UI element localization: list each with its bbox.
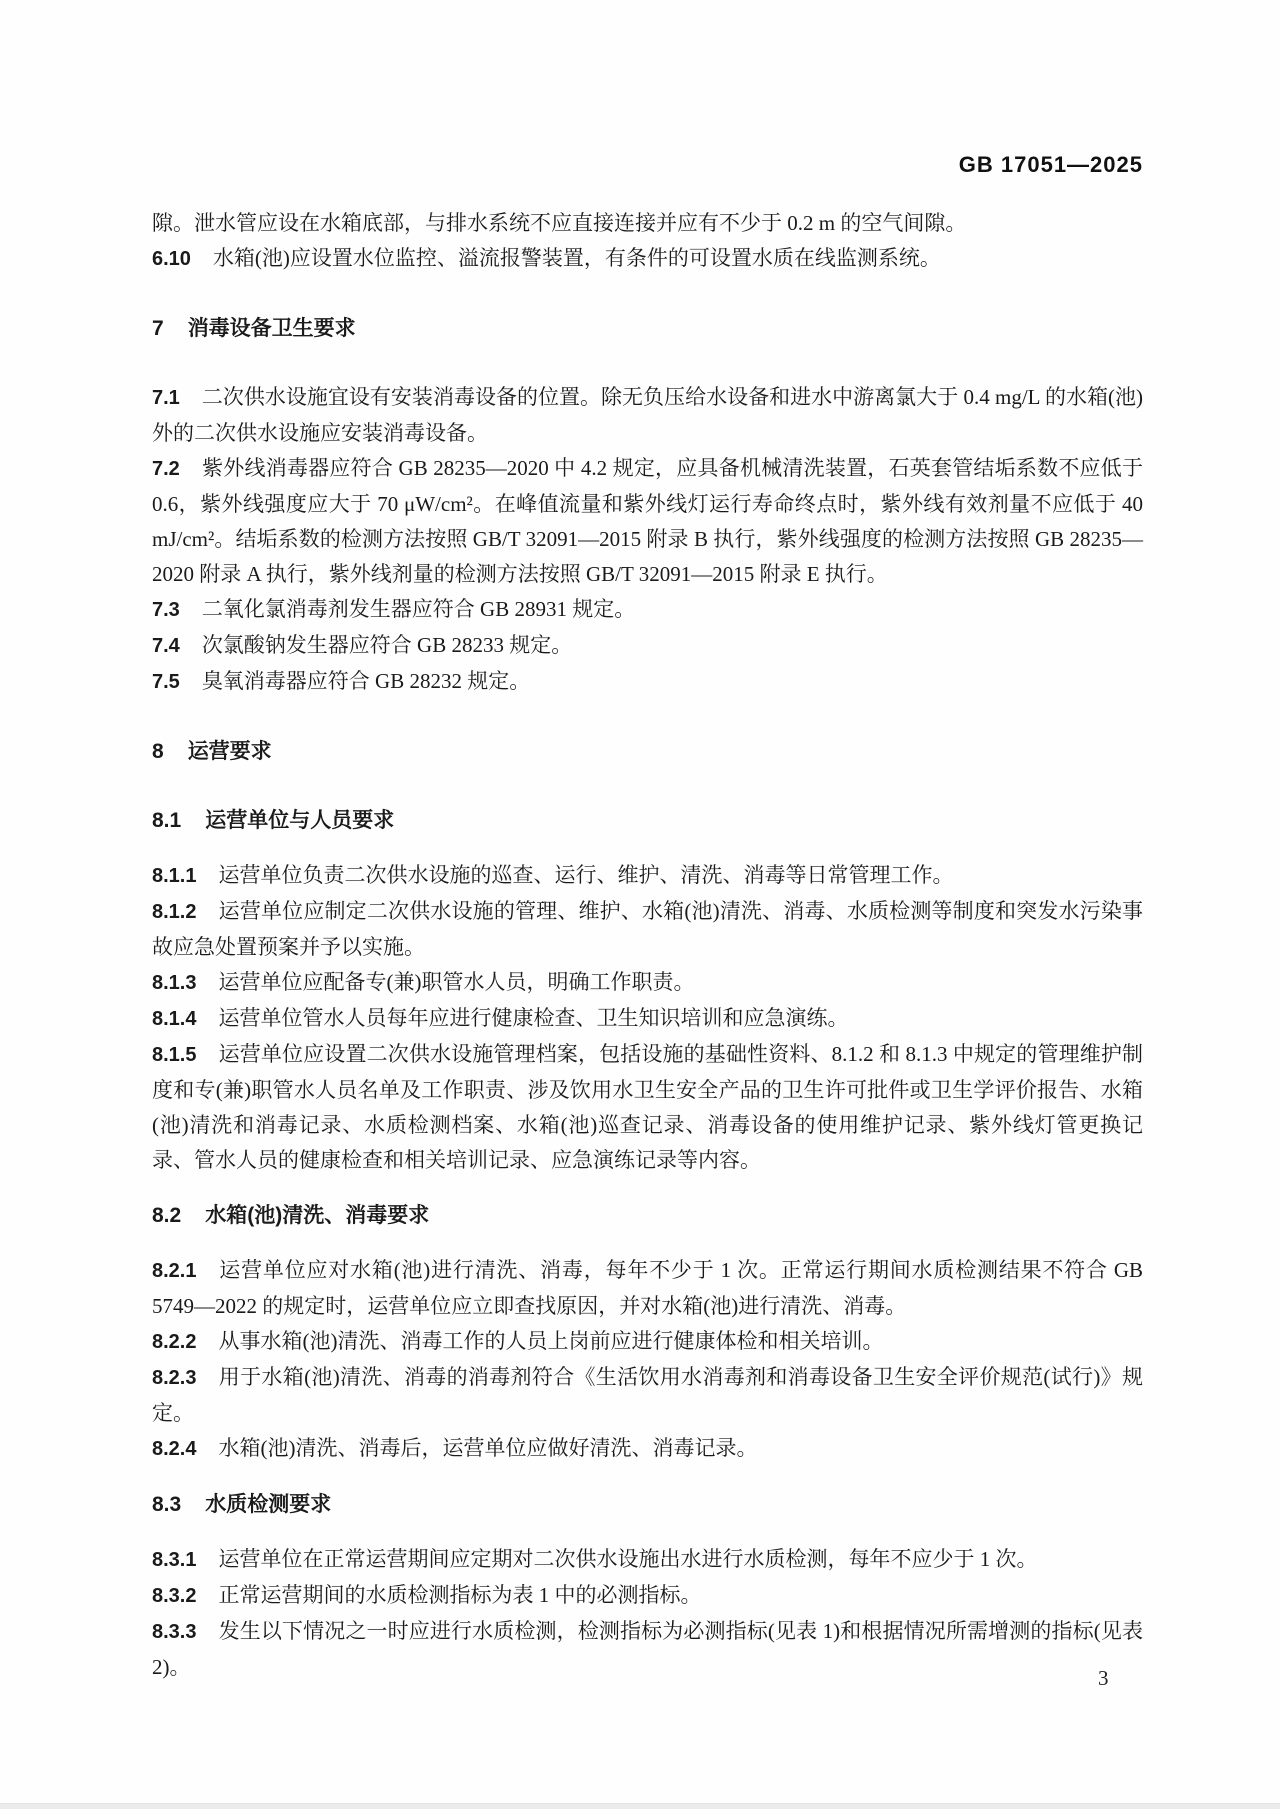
paragraph-text: 二次供水设施宜设有安装消毒设备的位置。除无负压给水设备和进水中游离氯大于 0.4…	[152, 385, 1143, 445]
document-page: GB 17051—2025 隙。泄水管应设在水箱底部，与排水系统不应直接连接并应…	[0, 0, 1280, 1809]
paragraph-text: 水质检测要求	[205, 1493, 331, 1516]
clause-number: 8.1.2	[152, 901, 196, 923]
paragraph-text: 隙。泄水管应设在水箱底部，与排水系统不应直接连接并应有不少于 0.2 m 的空气…	[152, 211, 966, 235]
continuation-paragraph: 隙。泄水管应设在水箱底部，与排水系统不应直接连接并应有不少于 0.2 m 的空气…	[152, 206, 1143, 241]
paragraph-text: 运营单位负责二次供水设施的巡查、运行、维护、清洗、消毒等日常管理工作。	[218, 863, 953, 887]
paragraph-text: 紫外线消毒器应符合 GB 28235—2020 中 4.2 规定，应具备机械清洗…	[152, 456, 1143, 586]
clause-number: 8	[152, 740, 164, 763]
paragraph-text: 运营要求	[188, 740, 272, 763]
section-heading: 7消毒设备卫生要求	[152, 311, 1143, 346]
clause-paragraph: 7.2紫外线消毒器应符合 GB 28235—2020 中 4.2 规定，应具备机…	[152, 451, 1143, 592]
clause-paragraph: 7.3二氧化氯消毒剂发生器应符合 GB 28931 规定。	[152, 592, 1143, 628]
clause-number: 8.2.2	[152, 1331, 196, 1353]
clause-number: 7.3	[152, 599, 180, 621]
clause-paragraph: 6.10水箱(池)应设置水位监控、溢流报警装置，有条件的可设置水质在线监测系统。	[152, 241, 1143, 277]
paragraph-text: 水箱(池)应设置水位监控、溢流报警装置，有条件的可设置水质在线监测系统。	[213, 246, 941, 270]
clause-number: 8.3.1	[152, 1549, 196, 1571]
paragraph-text: 用于水箱(池)清洗、消毒的消毒剂符合《生活饮用水消毒剂和消毒设备卫生安全评价规范…	[152, 1365, 1143, 1425]
page-bottom-edge	[0, 1803, 1280, 1809]
clause-number: 7.5	[152, 671, 180, 693]
clause-paragraph: 8.3.2正常运营期间的水质检测指标为表 1 中的必测指标。	[152, 1578, 1143, 1614]
clause-paragraph: 8.1.3运营单位应配备专(兼)职管水人员，明确工作职责。	[152, 965, 1143, 1001]
paragraph-text: 运营单位在正常运营期间应定期对二次供水设施出水进行水质检测，每年不应少于 1 次…	[218, 1547, 1037, 1571]
paragraph-text: 二氧化氯消毒剂发生器应符合 GB 28931 规定。	[202, 597, 635, 621]
clause-paragraph: 8.3.1运营单位在正常运营期间应定期对二次供水设施出水进行水质检测，每年不应少…	[152, 1542, 1143, 1578]
clause-number: 8.1.5	[152, 1044, 196, 1066]
paragraph-text: 从事水箱(池)清洗、消毒工作的人员上岗前应进行健康体检和相关培训。	[218, 1329, 883, 1353]
clause-number: 8.3.3	[152, 1621, 196, 1643]
paragraph-text: 运营单位与人员要求	[205, 809, 394, 832]
section-heading: 8运营要求	[152, 734, 1143, 769]
clause-paragraph: 8.3.3发生以下情况之一时应进行水质检测，检测指标为必测指标(见表 1)和根据…	[152, 1614, 1143, 1685]
paragraph-text: 臭氧消毒器应符合 GB 28232 规定。	[202, 669, 530, 693]
paragraph-text: 消毒设备卫生要求	[188, 317, 356, 340]
paragraph-text: 水箱(池)清洗、消毒后，运营单位应做好清洗、消毒记录。	[218, 1436, 757, 1460]
clause-number: 7	[152, 317, 164, 340]
paragraph-text: 运营单位应配备专(兼)职管水人员，明确工作职责。	[218, 970, 694, 994]
paragraph-text: 发生以下情况之一时应进行水质检测，检测指标为必测指标(见表 1)和根据情况所需增…	[152, 1619, 1143, 1679]
paragraph-text: 运营单位应设置二次供水设施管理档案，包括设施的基础性资料、8.1.2 和 8.1…	[152, 1042, 1143, 1172]
clause-paragraph: 8.1.4运营单位管水人员每年应进行健康检查、卫生知识培训和应急演练。	[152, 1001, 1143, 1037]
clause-paragraph: 7.5臭氧消毒器应符合 GB 28232 规定。	[152, 664, 1143, 700]
clause-number: 7.1	[152, 387, 180, 409]
paragraph-text: 运营单位管水人员每年应进行健康检查、卫生知识培训和应急演练。	[218, 1006, 848, 1030]
clause-number: 8.1.3	[152, 972, 196, 994]
clause-paragraph: 8.2.2从事水箱(池)清洗、消毒工作的人员上岗前应进行健康体检和相关培训。	[152, 1324, 1143, 1360]
clause-paragraph: 8.2.4水箱(池)清洗、消毒后，运营单位应做好清洗、消毒记录。	[152, 1431, 1143, 1467]
subsection-heading: 8.2水箱(池)清洗、消毒要求	[152, 1198, 1143, 1233]
clause-number: 8.2.4	[152, 1438, 196, 1460]
clause-paragraph: 8.1.5运营单位应设置二次供水设施管理档案，包括设施的基础性资料、8.1.2 …	[152, 1037, 1143, 1178]
paragraph-text: 正常运营期间的水质检测指标为表 1 中的必测指标。	[218, 1583, 701, 1607]
clause-number: 8.1	[152, 809, 181, 832]
paragraph-text: 运营单位应对水箱(池)进行清洗、消毒，每年不少于 1 次。正常运行期间水质检测结…	[152, 1258, 1143, 1318]
page-number: 3	[1098, 1661, 1109, 1696]
clause-number: 8.3	[152, 1493, 181, 1516]
clause-number: 7.4	[152, 635, 180, 657]
clause-number: 8.2.1	[152, 1260, 196, 1282]
document-body: 隙。泄水管应设在水箱底部，与排水系统不应直接连接并应有不少于 0.2 m 的空气…	[152, 206, 1143, 1685]
clause-number: 8.1.1	[152, 865, 196, 887]
standard-number-header: GB 17051—2025	[959, 152, 1143, 178]
paragraph-text: 水箱(池)清洗、消毒要求	[205, 1204, 429, 1227]
clause-number: 8.2	[152, 1204, 181, 1227]
paragraph-text: 运营单位应制定二次供水设施的管理、维护、水箱(池)清洗、消毒、水质检测等制度和突…	[152, 899, 1143, 959]
clause-paragraph: 8.2.1运营单位应对水箱(池)进行清洗、消毒，每年不少于 1 次。正常运行期间…	[152, 1253, 1143, 1324]
clause-number: 7.2	[152, 458, 180, 480]
clause-number: 8.1.4	[152, 1008, 196, 1030]
subsection-heading: 8.3水质检测要求	[152, 1487, 1143, 1522]
clause-paragraph: 8.1.1运营单位负责二次供水设施的巡查、运行、维护、清洗、消毒等日常管理工作。	[152, 858, 1143, 894]
clause-number: 8.2.3	[152, 1367, 196, 1389]
clause-number: 8.3.2	[152, 1585, 196, 1607]
clause-paragraph: 7.4次氯酸钠发生器应符合 GB 28233 规定。	[152, 628, 1143, 664]
clause-paragraph: 8.1.2运营单位应制定二次供水设施的管理、维护、水箱(池)清洗、消毒、水质检测…	[152, 894, 1143, 965]
clause-number: 6.10	[152, 248, 191, 270]
subsection-heading: 8.1运营单位与人员要求	[152, 803, 1143, 838]
clause-paragraph: 7.1二次供水设施宜设有安装消毒设备的位置。除无负压给水设备和进水中游离氯大于 …	[152, 380, 1143, 451]
paragraph-text: 次氯酸钠发生器应符合 GB 28233 规定。	[202, 633, 572, 657]
clause-paragraph: 8.2.3用于水箱(池)清洗、消毒的消毒剂符合《生活饮用水消毒剂和消毒设备卫生安…	[152, 1360, 1143, 1431]
